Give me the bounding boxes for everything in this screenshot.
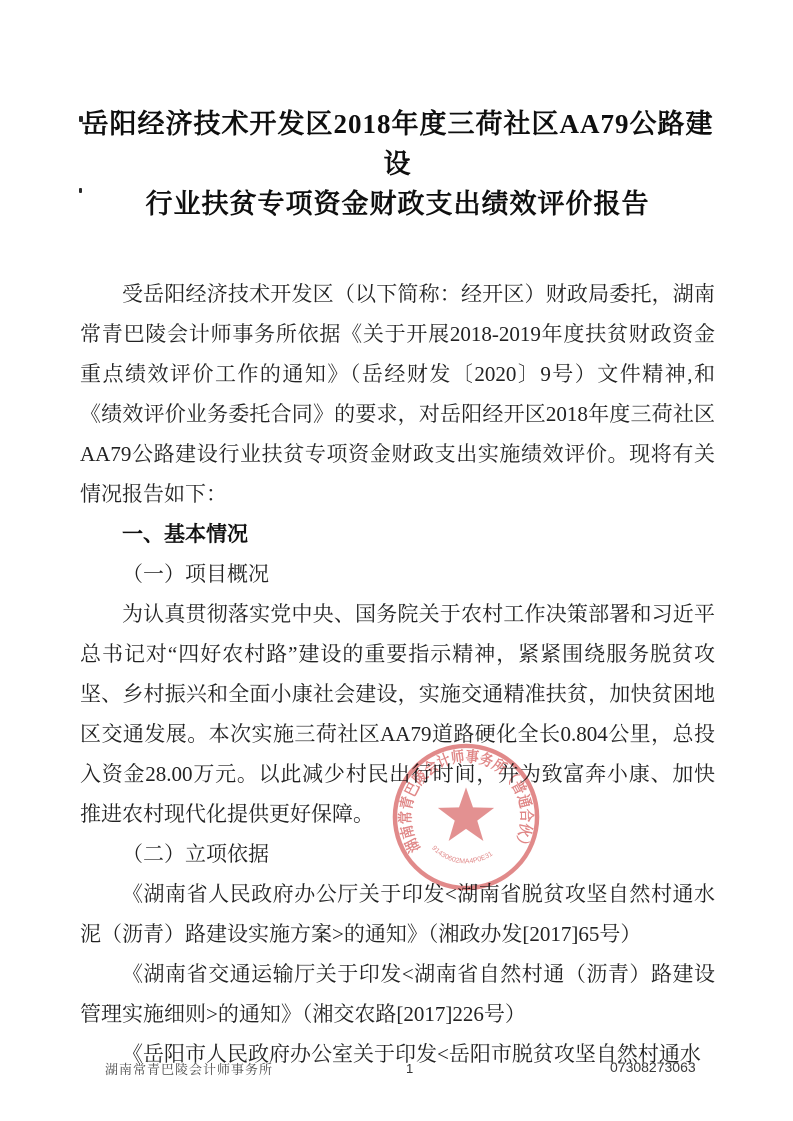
paragraph: （一）项目概况 [80, 554, 715, 594]
paragraph: （二）立项依据 [80, 834, 715, 874]
section-heading: 一、基本情况 [80, 514, 715, 554]
footer-page-number: 1 [406, 1061, 413, 1076]
document-body: 受岳阳经济技术开发区（以下简称：经开区）财政局委托，湖南常青巴陵会计师事务所依据… [80, 274, 715, 1074]
paragraph: 《湖南省交通运输厅关于印发<湖南省自然村通（沥青）路建设管理实施细则>的通知》（… [80, 954, 715, 1034]
document-title: 岳阳经济技术开发区2018年度三荷社区AA79公路建设 行业扶贫专项资金财政支出… [80, 104, 715, 224]
document-content: 岳阳经济技术开发区2018年度三荷社区AA79公路建设 行业扶贫专项资金财政支出… [80, 104, 715, 1074]
document-title-line1: 岳阳经济技术开发区2018年度三荷社区AA79公路建设 [80, 104, 715, 184]
paragraph: 为认真贯彻落实党中央、国务院关于农村工作决策部署和习近平总书记对“四好农村路”建… [80, 594, 715, 834]
footer-doc-number: 07308273063 [610, 1059, 696, 1075]
paragraph: 受岳阳经济技术开发区（以下简称：经开区）财政局委托，湖南常青巴陵会计师事务所依据… [80, 274, 715, 514]
document-title-line2: 行业扶贫专项资金财政支出绩效评价报告 [80, 184, 715, 224]
footer-firm-name: 湖南常青巴陵会计师事务所 [105, 1059, 273, 1078]
page-footer: 湖南常青巴陵会计师事务所 1 07308273063 [0, 1053, 793, 1081]
paragraph: 《湖南省人民政府办公厅关于印发<湖南省脱贫攻坚自然村通水泥（沥青）路建设实施方案… [80, 874, 715, 954]
report-page: 岳阳经济技术开发区2018年度三荷社区AA79公路建设 行业扶贫专项资金财政支出… [0, 0, 793, 1121]
